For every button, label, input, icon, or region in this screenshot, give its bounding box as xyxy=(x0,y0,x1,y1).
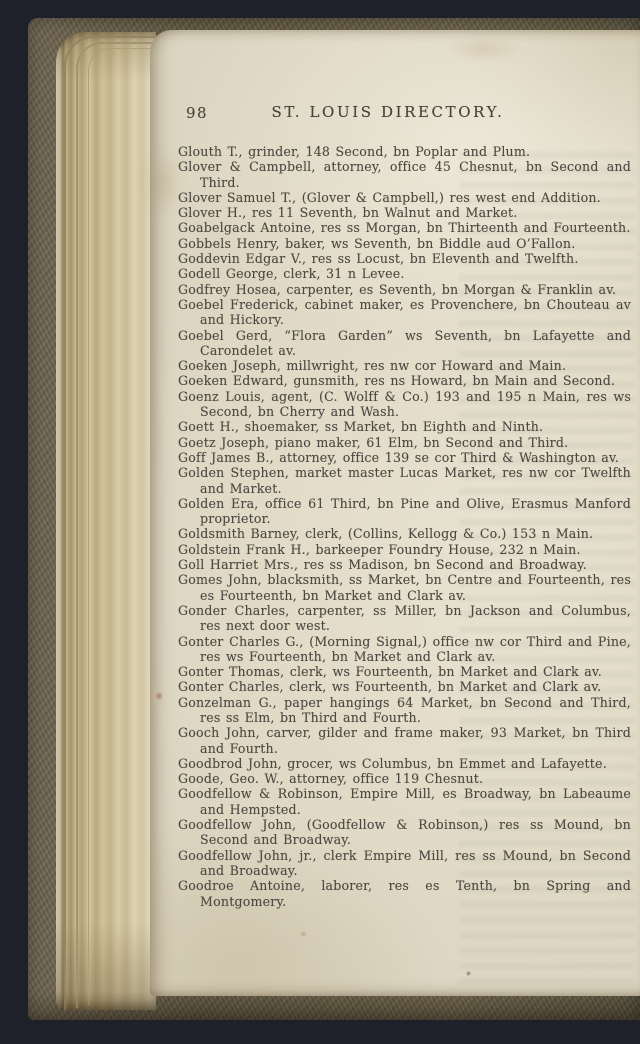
directory-entry: Golden Era, office 61 Third, bn Pine and… xyxy=(178,496,631,527)
directory-entry: Goenz Louis, agent, (C. Wolff & Co.) 193… xyxy=(178,389,631,420)
paper-stain xyxy=(155,692,163,700)
directory-entry: Gonter Charles, clerk, ws Fourteenth, bn… xyxy=(178,679,631,694)
directory-entry: Glouth T., grinder, 148 Second, bn Popla… xyxy=(178,144,631,159)
directory-entry: Glover & Campbell, attorney, office 45 C… xyxy=(178,159,631,190)
directory-entries: Glouth T., grinder, 148 Second, bn Popla… xyxy=(178,144,631,909)
directory-entry: Gonter Charles G., (Morning Signal,) off… xyxy=(178,634,631,665)
directory-entry: Glover Samuel T., (Glover & Campbell,) r… xyxy=(178,190,631,205)
directory-entry: Goett H., shoemaker, ss Market, bn Eight… xyxy=(178,419,631,434)
fanned-page-edges xyxy=(56,32,156,1010)
directory-entry: Goeken Edward, gunsmith, res ns Howard, … xyxy=(178,373,631,388)
directory-entry: Gooch John, carver, gilder and frame mak… xyxy=(178,725,631,756)
directory-entry: Goodfellow John, (Goodfellow & Robinson,… xyxy=(178,817,631,848)
directory-entry: Goodroe Antoine, laborer, res es Tenth, … xyxy=(178,878,631,909)
directory-entry: Golden Stephen, market master Lucas Mark… xyxy=(178,465,631,496)
directory-entry: Gobbels Henry, baker, ws Seventh, bn Bid… xyxy=(178,236,631,251)
directory-entry: Goldstein Frank H., barkeeper Foundry Ho… xyxy=(178,542,631,557)
directory-entry: Gonder Charles, carpenter, ss Miller, bn… xyxy=(178,603,631,634)
directory-entry: Godfrey Hosea, carpenter, es Seventh, bn… xyxy=(178,282,631,297)
page-header: 98 ST. LOUIS DIRECTORY. xyxy=(150,102,640,124)
directory-entry: Goebel Frederick, cabinet maker, es Prov… xyxy=(178,297,631,328)
directory-entry: Gomes John, blacksmith, ss Market, bn Ce… xyxy=(178,572,631,603)
directory-entry: Gonter Thomas, clerk, ws Fourteenth, bn … xyxy=(178,664,631,679)
scan-background: 98 ST. LOUIS DIRECTORY. Glouth T., grind… xyxy=(0,0,640,1044)
book-cover: 98 ST. LOUIS DIRECTORY. Glouth T., grind… xyxy=(28,18,640,1020)
directory-entry: Goldsmith Barney, clerk, (Collins, Kello… xyxy=(178,526,631,541)
directory-entry: Goode, Geo. W., attorney, office 119 Che… xyxy=(178,771,631,786)
directory-entry: Gonzelman G., paper hangings 64 Market, … xyxy=(178,695,631,726)
directory-entry: Goodfellow John, jr., clerk Empire Mill,… xyxy=(178,848,631,879)
directory-entry: Goetz Joseph, piano maker, 61 Elm, bn Se… xyxy=(178,435,631,450)
book-page: 98 ST. LOUIS DIRECTORY. Glouth T., grind… xyxy=(150,30,640,996)
directory-entry: Glover H., res 11 Seventh, bn Walnut and… xyxy=(178,205,631,220)
directory-entry: Goebel Gerd, “Flora Garden” ws Seventh, … xyxy=(178,328,631,359)
directory-entry: Goll Harriet Mrs., res ss Madison, bn Se… xyxy=(178,557,631,572)
directory-entry: Goodbrod John, grocer, ws Columbus, bn E… xyxy=(178,756,631,771)
directory-entry: Goddevin Edgar V., res ss Locust, bn Ele… xyxy=(178,251,631,266)
directory-entry: Godell George, clerk, 31 n Levee. xyxy=(178,266,631,281)
paper-stain xyxy=(466,971,471,976)
directory-entry: Goeken Joseph, millwright, res nw cor Ho… xyxy=(178,358,631,373)
directory-entry: Goodfellow & Robinson, Empire Mill, es B… xyxy=(178,786,631,817)
directory-entry: Goabelgack Antoine, res ss Morgan, bn Th… xyxy=(178,220,631,235)
paper-stain xyxy=(146,148,180,218)
directory-entry: Goff James B., attorney, office 139 se c… xyxy=(178,450,631,465)
paper-stain xyxy=(445,36,523,62)
page-title: ST. LOUIS DIRECTORY. xyxy=(150,103,626,121)
paper-stain xyxy=(300,931,307,937)
